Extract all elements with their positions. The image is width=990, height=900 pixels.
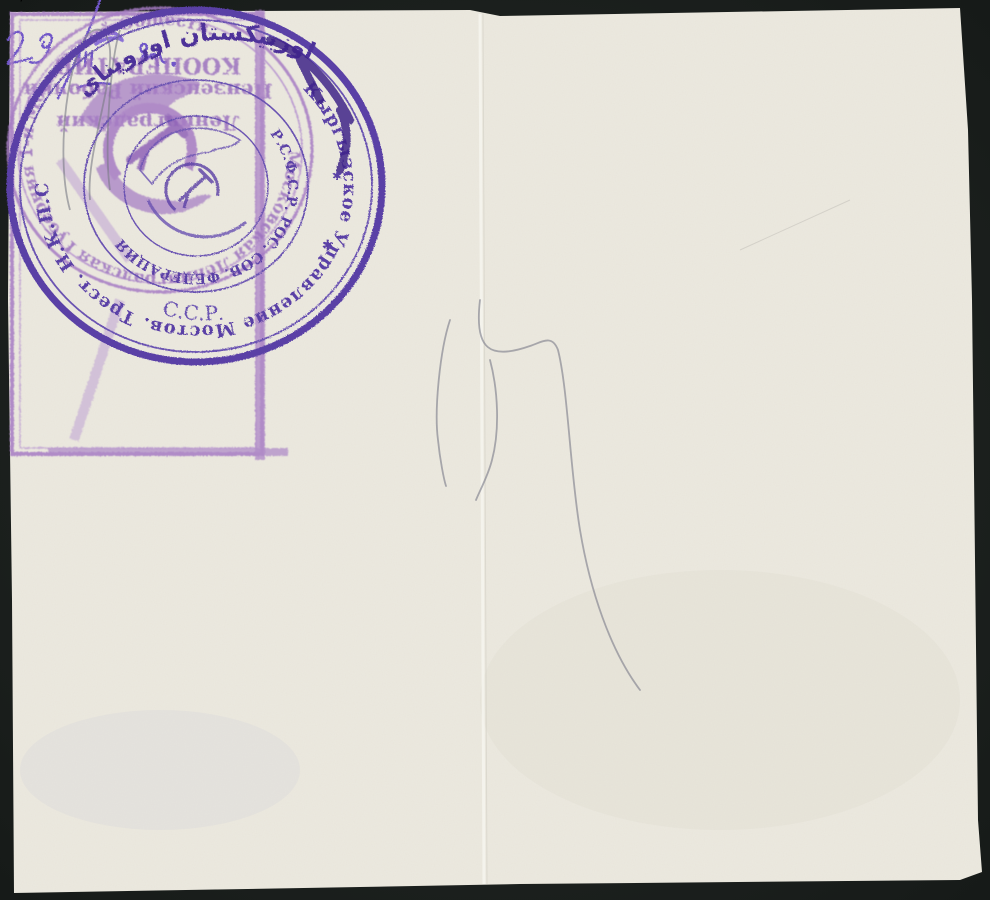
star-icon: ✱ [322, 238, 334, 254]
paper-document: 23/XII 24. КООПЕРАТИВ Пензенский Рабочий… [0, 0, 990, 900]
star-icon: ✱ [332, 169, 342, 183]
hammer-and-sickle-icon [140, 128, 246, 237]
round-stamp-right-inner-text: Р.С.Ф.С.Р. РОС. СОВ. ФЕДЕРАЦИЯ [113, 127, 300, 287]
round-stamp-right-bottom-text: С.С.Р. [161, 296, 225, 325]
pencil-signature [380, 290, 660, 710]
svg-text:Р.С.Ф.С.Р. РОС. СОВ. ФЕДЕРАЦИЯ: Р.С.Ф.С.Р. РОС. СОВ. ФЕДЕРАЦИЯ [113, 127, 300, 287]
round-stamp-right: Кыргызское Управление Мостов. Трест. Н.К… [0, 0, 392, 372]
svg-text:С.С.Р.: С.С.Р. [161, 296, 225, 325]
